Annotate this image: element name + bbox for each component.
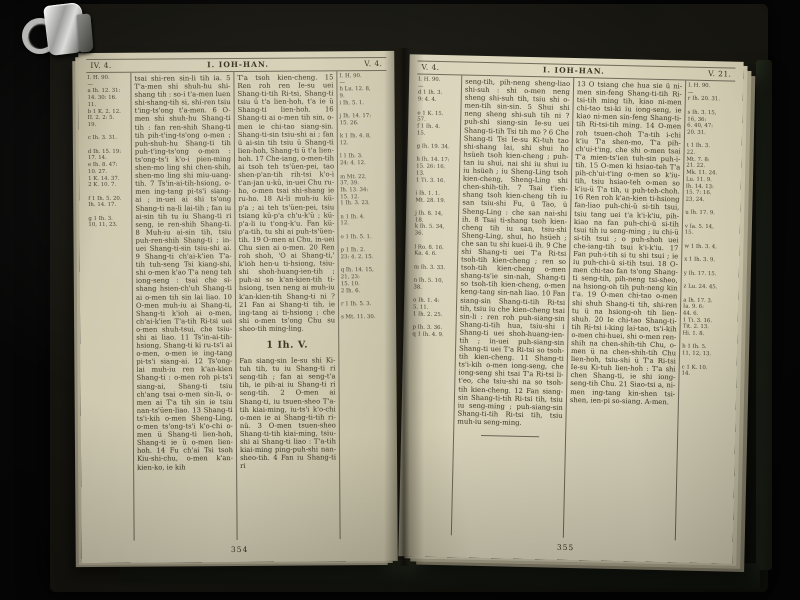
right-page-running-title: I. IOH-HAN.	[543, 65, 605, 75]
left-page: IV. 4. I. IOH-HAN. V. 4. I. H. 90. — a I…	[78, 51, 398, 563]
left-page-number: 354	[231, 544, 248, 553]
right-page: V. 4. I. IOH-HAN. V. 21. I. H. 90. — d 1…	[398, 54, 743, 563]
right-page-header-verse-left: V. 4.	[421, 63, 439, 72]
book-gutter-shadow	[384, 48, 424, 566]
left-page-columns: I. H. 90. — a Ih. 12. 31: 14. 30: 16. 11…	[86, 71, 389, 541]
left-page-text-column-2: T'a tsoh kien-cheng. 15 Ren roh ren Ie-s…	[233, 71, 339, 540]
left-page-margin-references-right: I. H. 90. — h Lu. 12. 8, 9. i Ih. 5. 1. …	[336, 71, 389, 539]
binder-clip	[20, 0, 100, 68]
chapter-heading: 1 Ih. V.	[239, 341, 335, 350]
right-page-margin-references-right: I. H. 90. — r Ih. 20. 31. s Ih. 3. 15, 1…	[675, 81, 735, 542]
right-page-text-column-1: seng-tih, pih-neng sheng-liao shi-suh : …	[451, 75, 573, 537]
left-page-footer: 354	[90, 539, 390, 559]
right-page-header-verse-right: V. 21.	[708, 69, 731, 79]
book-cover-edge-right	[756, 60, 772, 570]
left-col2-text-after-heading: Fan siang-sin Ie-su shi Ki-tuh tih, tu i…	[239, 356, 336, 470]
right-page-columns: I. H. 90. — d 1 Ih. 3. 9: 4. 4. e 1 K. 1…	[407, 74, 735, 541]
left-page-header-verse-right: V. 4.	[364, 59, 382, 68]
left-page-running-title: I. IOH-HAN.	[207, 60, 269, 69]
left-col2-text-before-heading: T'a tsoh kien-cheng. 15 Ren roh ren Ie-s…	[237, 73, 335, 333]
right-col1-text: seng-tih, pih-neng sheng-liao shi-suh : …	[457, 78, 570, 427]
right-page-content: V. 4. I. IOH-HAN. V. 21. I. H. 90. — d 1…	[406, 60, 735, 559]
left-page-text-column-1: tsai shi-ren sin-li tih ia. 5 T'a-men sh…	[130, 72, 236, 541]
left-page-content: IV. 4. I. IOH-HAN. V. 4. I. H. 90. — a I…	[86, 57, 389, 559]
photo-of-open-book: IV. 4. I. IOH-HAN. V. 4. I. H. 90. — a I…	[0, 0, 800, 600]
left-page-margin-references-left: I. H. 90. — a Ih. 12. 31: 14. 30: 16. 11…	[86, 73, 133, 541]
right-page-text-column-2: 13 O tsiang che hua sie ü ni-men sin-fen…	[563, 78, 685, 540]
binder-clip-jaw	[76, 13, 93, 52]
section-end-rule	[481, 435, 539, 437]
right-page-number: 355	[557, 542, 575, 551]
